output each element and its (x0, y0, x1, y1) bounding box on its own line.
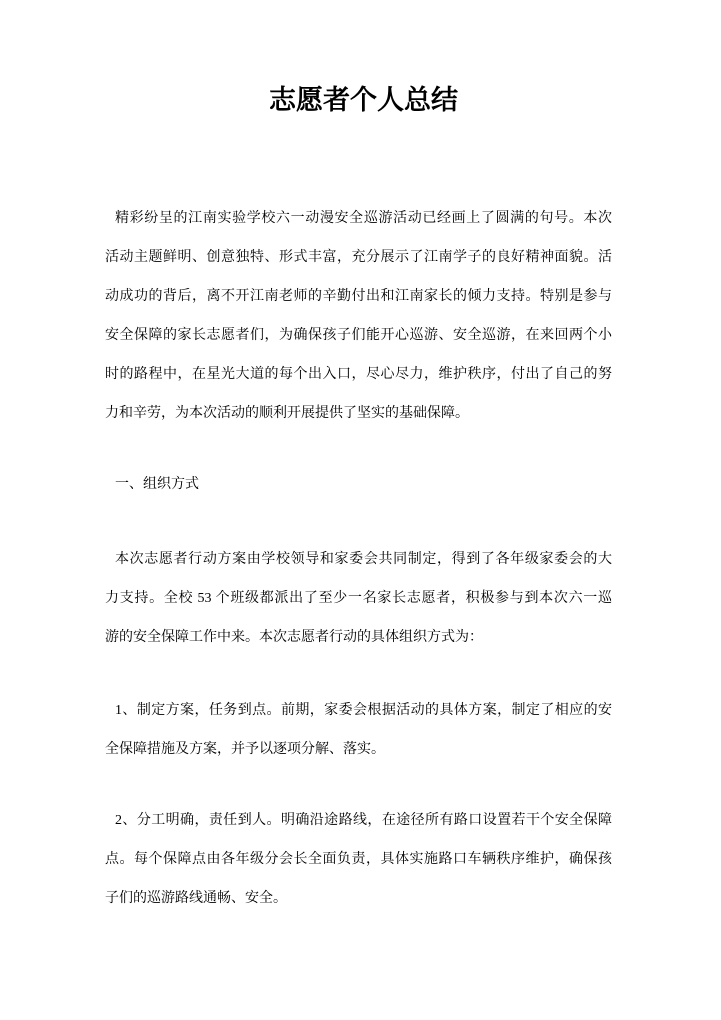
paragraph-organization: 本次志愿者行动方案由学校领导和家委会共同制定，得到了各年级家委会的大 力支持。全… (105, 540, 612, 657)
text-line: 本次志愿者行动方案由学校领导和家委会共同制定，得到了各年级家委会的大 (105, 540, 612, 579)
text-line: 安全保障的家长志愿者们，为确保孩子们能开心巡游、安全巡游，在来回两个小 (105, 316, 612, 355)
text-line: 点。每个保障点由各年级分会长全面负责，具体实施路口车辆秩序维护，确保孩 (105, 840, 612, 879)
section-heading-text: 一、组织方式 (105, 465, 612, 504)
document-title: 志愿者个人总结 (105, 82, 612, 118)
text-line: 活动主题鲜明、创意独特、形式丰富，充分展示了江南学子的良好精神面貌。活 (105, 238, 612, 277)
text-line: 全保障措施及方案，并予以逐项分解、落实。 (105, 730, 612, 769)
text-line: 精彩纷呈的江南实验学校六一动漫安全巡游活动已经画上了圆满的句号。本次 (105, 199, 612, 238)
document-page: 志愿者个人总结 精彩纷呈的江南实验学校六一动漫安全巡游活动已经画上了圆满的句号。… (0, 0, 721, 1020)
text-line: 子们的巡游路线通畅、安全。 (105, 879, 612, 918)
section-heading: 一、组织方式 (105, 465, 612, 504)
text-line: 力和辛劳，为本次活动的顺利开展提供了坚实的基础保障。 (105, 394, 612, 433)
text-line: 动成功的背后，离不开江南老师的辛勤付出和江南家长的倾力支持。特别是参与 (105, 277, 612, 316)
text-line: 时的路程中，在星光大道的每个出入口，尽心尽力，维护秩序，付出了自己的努 (105, 355, 612, 394)
paragraph-intro: 精彩纷呈的江南实验学校六一动漫安全巡游活动已经画上了圆满的句号。本次 活动主题鲜… (105, 199, 612, 433)
text-line: 2、分工明确，责任到人。明确沿途路线，在途径所有路口设置若干个安全保障 (105, 801, 612, 840)
list-item-2: 2、分工明确，责任到人。明确沿途路线，在途径所有路口设置若干个安全保障 点。每个… (105, 801, 612, 918)
text-line: 游的安全保障工作中来。本次志愿者行动的具体组织方式为： (105, 618, 612, 657)
list-item-1: 1、制定方案，任务到点。前期，家委会根据活动的具体方案，制定了相应的安 全保障措… (105, 691, 612, 769)
text-line: 1、制定方案，任务到点。前期，家委会根据活动的具体方案，制定了相应的安 (105, 691, 612, 730)
text-line: 力支持。全校 53 个班级都派出了至少一名家长志愿者，积极参与到本次六一巡 (105, 579, 612, 618)
